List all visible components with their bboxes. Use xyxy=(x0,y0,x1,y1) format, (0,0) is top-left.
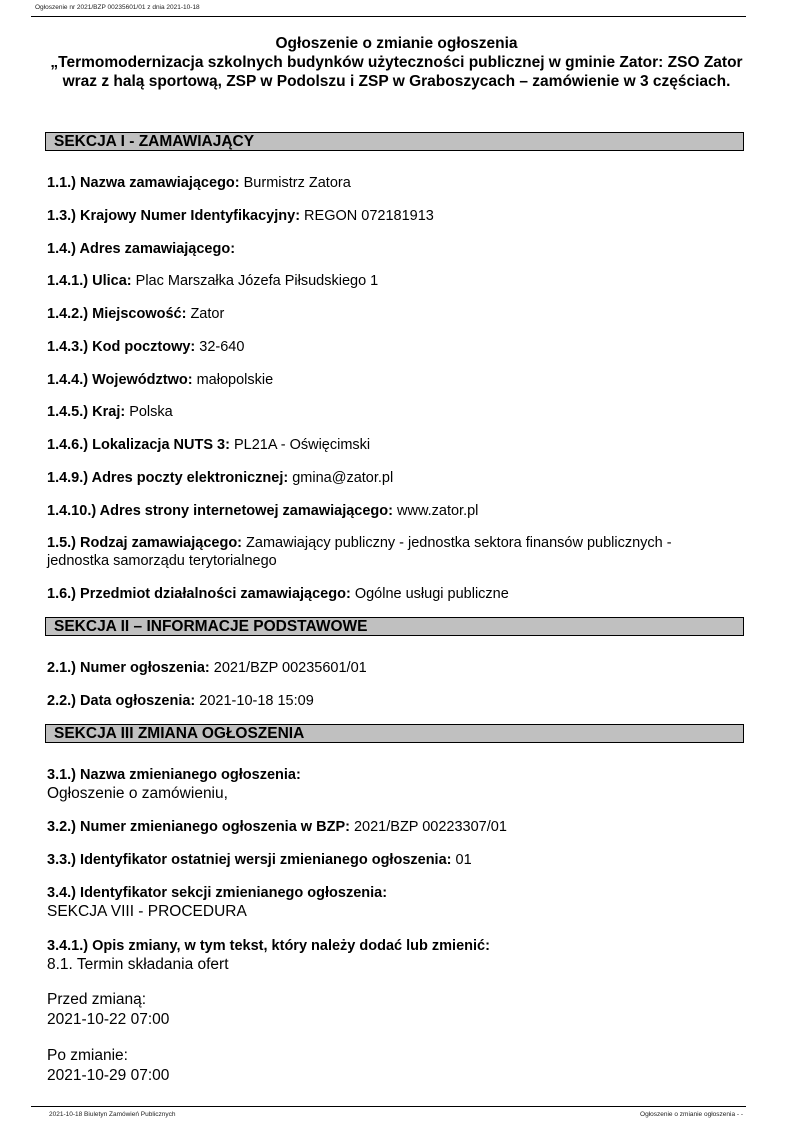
field-change-description-value: 8.1. Termin składania ofert xyxy=(47,955,229,975)
field-postal-code: 1.4.3.) Kod pocztowy: 32-640 xyxy=(47,338,753,356)
field-contracting-authority-name: 1.1.) Nazwa zamawiającego: Burmistrz Zat… xyxy=(47,174,753,192)
footer-right: Ogłoszenie o zmianie ogłoszenia - - xyxy=(640,1111,743,1118)
after-change-label: Po zmianie: xyxy=(47,1046,128,1066)
footer-left: 2021-10-18 Biuletyn Zamówień Publicznych xyxy=(49,1111,175,1118)
field-authority-type: 1.5.) Rodzaj zamawiającego: Zamawiający … xyxy=(47,534,737,570)
field-changed-section-id-value: SEKCJA VIII - PROCEDURA xyxy=(47,902,247,922)
field-country: 1.4.5.) Kraj: Polska xyxy=(47,403,753,421)
email-link[interactable]: gmina@zator.pl xyxy=(288,470,393,486)
section-3-heading: SEKCJA III ZMIANA OGŁOSZENIA xyxy=(45,724,744,743)
field-website: 1.4.10.) Adres strony internetowej zamaw… xyxy=(47,502,753,520)
field-notice-number: 2.1.) Numer ogłoszenia: 2021/BZP 0023560… xyxy=(47,659,753,677)
website-link[interactable]: www.zator.pl xyxy=(393,503,478,519)
field-changed-section-id-label: 3.4.) Identyfikator sekcji zmienianego o… xyxy=(47,884,753,902)
field-national-id: 1.3.) Krajowy Numer Identyfikacyjny: REG… xyxy=(47,207,753,225)
after-change-value: 2021-10-29 07:00 xyxy=(47,1066,169,1086)
field-email: 1.4.9.) Adres poczty elektronicznej: gmi… xyxy=(47,469,753,487)
field-notice-date: 2.2.) Data ogłoszenia: 2021-10-18 15:09 xyxy=(47,692,753,710)
section-1-heading: SEKCJA I - ZAMAWIAJĄCY xyxy=(45,132,744,151)
field-voivodeship: 1.4.4.) Województwo: małopolskie xyxy=(47,371,753,389)
field-address: 1.4.) Adres zamawiającego: xyxy=(47,240,753,258)
field-street: 1.4.1.) Ulica: Plac Marszałka Józefa Pił… xyxy=(47,272,753,290)
field-changed-notice-name-label: 3.1.) Nazwa zmienianego ogłoszenia: xyxy=(47,766,753,784)
header-divider xyxy=(31,16,746,17)
page-header: Ogłoszenie nr 2021/BZP 00235601/01 z dni… xyxy=(35,4,200,11)
document-title: Ogłoszenie o zmianie ogłoszenia „Termomo… xyxy=(40,34,753,91)
field-last-version-id: 3.3.) Identyfikator ostatniej wersji zmi… xyxy=(47,851,753,869)
title-line-1: Ogłoszenie o zmianie ogłoszenia xyxy=(40,34,753,53)
section-2-heading: SEKCJA II – INFORMACJE PODSTAWOWE xyxy=(45,617,744,636)
field-change-description-label: 3.4.1.) Opis zmiany, w tym tekst, który … xyxy=(47,937,753,955)
field-activity-subject: 1.6.) Przedmiot działalności zamawiające… xyxy=(47,585,753,603)
footer-divider xyxy=(31,1106,746,1107)
field-city: 1.4.2.) Miejscowość: Zator xyxy=(47,305,753,323)
field-nuts-location: 1.4.6.) Lokalizacja NUTS 3: PL21A - Oświ… xyxy=(47,436,753,454)
before-change-label: Przed zmianą: xyxy=(47,990,146,1010)
before-change-value: 2021-10-22 07:00 xyxy=(47,1010,169,1030)
title-line-2: „Termomodernizacja szkolnych budynków uż… xyxy=(40,53,753,72)
field-changed-notice-number: 3.2.) Numer zmienianego ogłoszenia w BZP… xyxy=(47,818,753,836)
title-line-3: wraz z halą sportową, ZSP w Podolszu i Z… xyxy=(40,72,753,91)
field-changed-notice-name-value: Ogłoszenie o zamówieniu, xyxy=(47,784,228,804)
